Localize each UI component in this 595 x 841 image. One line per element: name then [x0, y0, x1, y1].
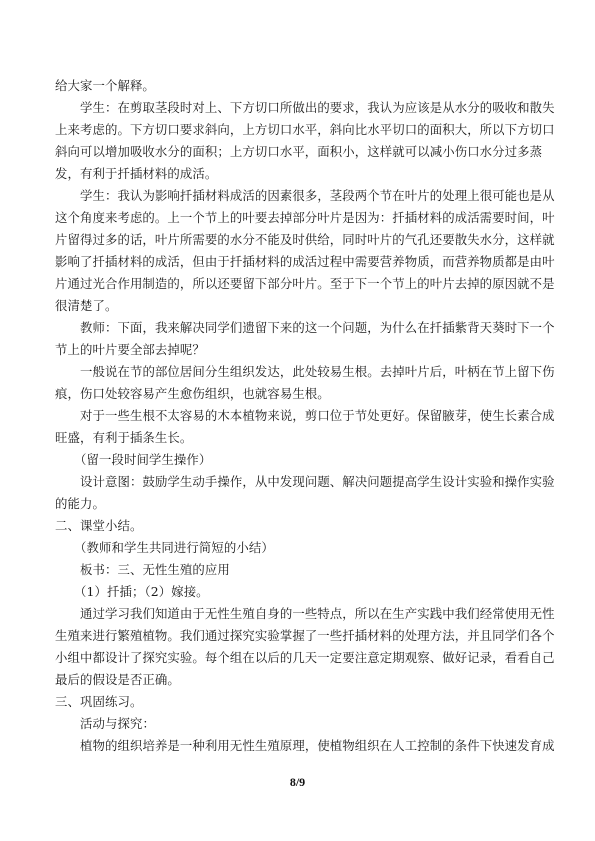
board-writing-items: （1）扦插；（2）嫁接。: [55, 581, 533, 603]
text-line: 片留得过多的话，叶片所需要的水分不能及时供给，同时叶片的气孔还要散失水分，这样就: [55, 229, 533, 251]
subheading-activity: 活动与探究：: [55, 713, 533, 735]
paragraph-student-leaves: 学生：我认为影响扦插材料成活的因素很多，茎段两个节在叶片的处理上很可能也是从: [55, 185, 533, 207]
text-line: 这个角度来考虑的。上一个节上的叶要去掉部分叶片是因为：扦插材料的成活需要时间，叶: [55, 207, 533, 229]
paragraph-student-cut: 学生：在剪取茎段时对上、下方切口所做出的要求，我认为应该是从水分的吸收和散失: [55, 97, 533, 119]
paragraph-teacher: 教师：下面，我来解决同学们遗留下来的这一个问题，为什么在扦插紫背天葵时下一个: [55, 317, 533, 339]
text-line: 很清楚了。: [55, 295, 533, 317]
text-line: 旺盛，有利于插条生长。: [55, 427, 533, 449]
paragraph-conclusion: 通过学习我们知道由于无性生殖自身的一些特点，所以在生产实践中我们经常使用无性: [55, 603, 533, 625]
text-line: 小组中都设计了探究实验。每个组在以后的几天一定要注意定期观察、做好记录，看看自己: [55, 647, 533, 669]
text-line: 生殖来进行繁殖植物。我们通过探究实验掌握了一些扦插材料的处理方法，并且同学们各个: [55, 625, 533, 647]
text-line: 的能力。: [55, 493, 533, 515]
text-line: 上来考虑的。下方切口要求斜向，上方切口水平，斜向比水平切口的面积大，所以下方切口: [55, 119, 533, 141]
document-body: 给大家一个解释。 学生：在剪取茎段时对上、下方切口所做出的要求，我认为应该是从水…: [55, 75, 533, 757]
note-summary: （教师和学生共同进行简短的小结）: [55, 537, 533, 559]
text-line: 最后的假设是否正确。: [55, 669, 533, 691]
text-line: 影响了扦插材料的成活，但由于扦插材料的成活过程中需要营养物质，而营养物质都是由叶: [55, 251, 533, 273]
note-student-operation: （留一段时间学生操作）: [55, 449, 533, 471]
section-heading-exercise: 三、巩固练习。: [55, 691, 533, 713]
text-line: 斜向可以增加吸收水分的面积；上方切口水平，面积小，这样就可以减小伤口水分过多蒸: [55, 141, 533, 163]
paragraph-woody-plants: 对于一些生根不太容易的木本植物来说，剪口位于节处更好。保留腋芽，使生长素合成: [55, 405, 533, 427]
board-writing: 板书：三、无性生殖的应用: [55, 559, 533, 581]
paragraph-node-rooting: 一般说在节的部位居间分生组织发达，此处较易生根。去掉叶片后，叶柄在节上留下伤: [55, 361, 533, 383]
text-line: 片通过光合作用制造的，所以还要留下部分叶片。至于下一个节上的叶片去掉的原因就不是: [55, 273, 533, 295]
paragraph-tissue-culture: 植物的组织培养是一种利用无性生殖原理，使植物组织在人工控制的条件下快速发育成: [55, 735, 533, 757]
paragraph-design-intent: 设计意图：鼓励学生动手操作，从中发现问题、解决问题提高学生设计实验和操作实验: [55, 471, 533, 493]
text-line: 发，有利于扦插材料的成活。: [55, 163, 533, 185]
section-heading-summary: 二、课堂小结。: [55, 515, 533, 537]
text-line: 给大家一个解释。: [55, 75, 533, 97]
page-number: 8/9: [0, 775, 595, 790]
text-line: 痕，伤口处较容易产生愈伤组织，也就容易生根。: [55, 383, 533, 405]
text-line: 节上的叶片要全部去掉呢？: [55, 339, 533, 361]
